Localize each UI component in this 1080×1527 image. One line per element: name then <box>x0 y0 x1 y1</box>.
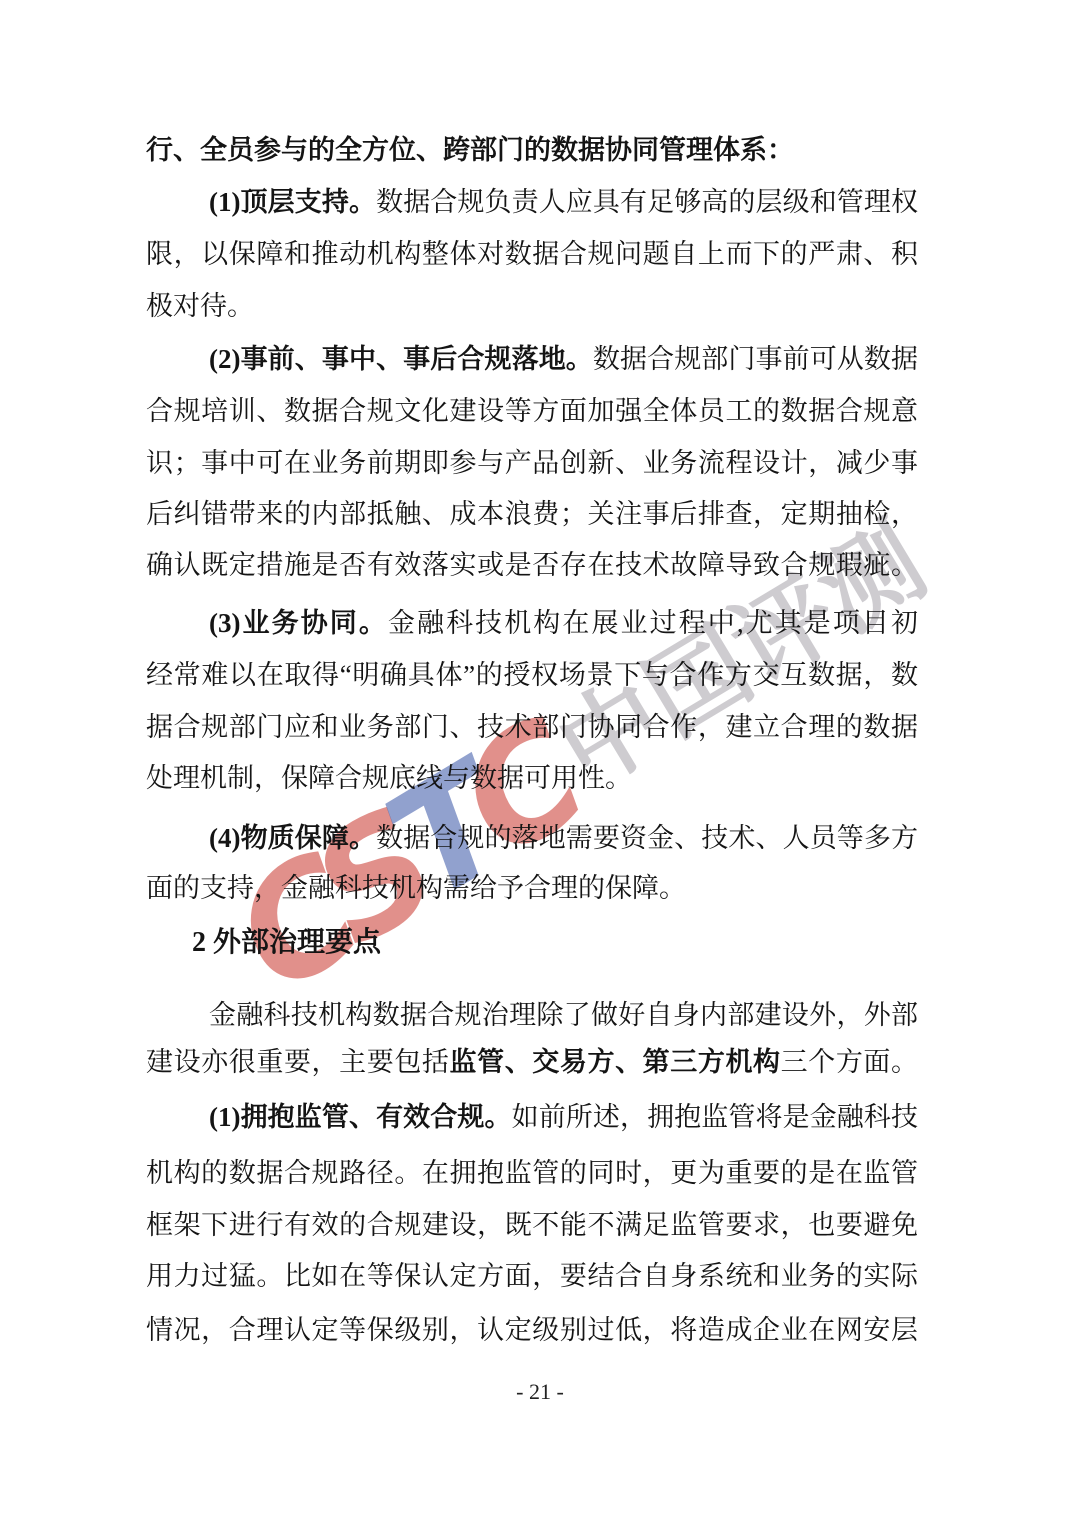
text-line: 用力过猛。比如在等保认定方面，要结合自身系统和业务的实际 <box>146 1250 918 1302</box>
text-segment-bold: (1)拥抱监管、有效合规。 <box>209 1102 512 1132</box>
text-line: 面的支持，金融科技机构需给予合理的保障。 <box>146 862 918 914</box>
text-line: 后纠错带来的内部抵触、成本浪费；关注事后排查，定期抽检， <box>146 488 918 540</box>
text-segment-bold: 监管、交易方、第三方机构 <box>450 1047 781 1077</box>
text-segment: 2 外部治理要点 <box>192 927 381 958</box>
text-line: (4)物质保障。数据合规的落地需要资金、技术、人员等多方 <box>146 812 918 864</box>
text-line: 框架下进行有效的合规建设，既不能不满足监管要求，也要避免 <box>146 1199 918 1251</box>
text-segment-bold: (3)业务协同。 <box>209 608 388 638</box>
text-line: (1)顶层支持。数据合规负责人应具有足够高的层级和管理权 <box>146 176 918 228</box>
text-segment: 合规培训、数据合规文化建设等方面加强全体员工的数据合规意 <box>146 396 918 426</box>
page-number: - 21 - <box>0 1372 1080 1412</box>
text-line: 机构的数据合规路径。在拥抱监管的同时，更为重要的是在监管 <box>146 1147 918 1199</box>
text-segment: 三个方面。 <box>781 1047 918 1077</box>
text-segment: 限，以保障和推动机构整体对数据合规问题自上而下的严肃、积 <box>146 239 918 269</box>
section-heading: 2 外部治理要点 <box>146 917 918 969</box>
text-segment: 金融科技机构数据合规治理除了做好自身内部建设外，外部 <box>209 1000 918 1030</box>
text-segment: 数据合规的落地需要资金、技术、人员等多方 <box>376 823 918 853</box>
text-segment: 如前所述，拥抱监管将是金融科技 <box>512 1102 918 1132</box>
text-line: (2)事前、事中、事后合规落地。数据合规部门事前可从数据 <box>146 333 918 385</box>
text-segment: 数据合规负责人应具有足够高的层级和管理权 <box>376 187 918 217</box>
text-segment: 面的支持，金融科技机构需给予合理的保障。 <box>146 873 686 903</box>
document-page: CSTC中国评测 行、全员参与的全方位、跨部门的数据协同管理体系： (1)顶层支… <box>0 0 1080 1527</box>
text-segment: 行、全员参与的全方位、跨部门的数据协同管理体系： <box>146 135 794 165</box>
text-segment: 据合规部门应和业务部门、技术部门协同合作，建立合理的数据 <box>146 712 918 742</box>
text-segment: 框架下进行有效的合规建设，既不能不满足监管要求，也要避免 <box>146 1210 918 1240</box>
text-segment-bold: (1)顶层支持。 <box>209 187 376 217</box>
text-segment: 数据合规部门事前可从数据 <box>593 344 918 374</box>
text-segment: 情况，合理认定等保级别，认定级别过低，将造成企业在网安层 <box>146 1315 918 1345</box>
text-line: (1)拥抱监管、有效合规。如前所述，拥抱监管将是金融科技 <box>146 1091 918 1143</box>
text-line: 情况，合理认定等保级别，认定级别过低，将造成企业在网安层 <box>146 1304 918 1356</box>
text-segment: 后纠错带来的内部抵触、成本浪费；关注事后排查，定期抽检， <box>146 499 918 529</box>
text-line: 据合规部门应和业务部门、技术部门协同合作，建立合理的数据 <box>146 701 918 753</box>
text-segment: 机构的数据合规路径。在拥抱监管的同时，更为重要的是在监管 <box>146 1158 918 1188</box>
document-body: 行、全员参与的全方位、跨部门的数据协同管理体系： (1)顶层支持。数据合规负责人… <box>0 0 1080 1527</box>
text-line: 经常难以在取得“明确具体”的授权场景下与合作方交互数据，数 <box>146 649 918 701</box>
text-segment: 识；事中可在业务前期即参与产品创新、业务流程设计，减少事 <box>146 448 918 478</box>
text-segment: 用力过猛。比如在等保认定方面，要结合自身系统和业务的实际 <box>146 1261 918 1291</box>
text-segment: 处理机制，保障合规底线与数据可用性。 <box>146 763 632 793</box>
text-line: 处理机制，保障合规底线与数据可用性。 <box>146 752 918 804</box>
text-line: 确认既定措施是否有效落实或是否存在技术故障导致合规瑕疵。 <box>146 539 918 591</box>
text-segment-bold: (2)事前、事中、事后合规落地。 <box>209 344 593 374</box>
text-segment: 极对待。 <box>146 291 254 321</box>
text-line: (3)业务协同。金融科技机构在展业过程中,尤其是项目初期， <box>146 597 918 649</box>
text-segment: 经常难以在取得“明确具体”的授权场景下与合作方交互数据，数 <box>146 660 918 690</box>
text-segment: 确认既定措施是否有效落实或是否存在技术故障导致合规瑕疵。 <box>146 550 918 580</box>
text-segment-bold: (4)物质保障。 <box>209 823 376 853</box>
text-line: 建设亦很重要，主要包括监管、交易方、第三方机构三个方面。 <box>146 1036 918 1088</box>
text-line: 行、全员参与的全方位、跨部门的数据协同管理体系： <box>146 124 918 176</box>
text-line: 限，以保障和推动机构整体对数据合规问题自上而下的严肃、积 <box>146 228 918 280</box>
text-line: 识；事中可在业务前期即参与产品创新、业务流程设计，减少事 <box>146 437 918 489</box>
text-segment: 建设亦很重要，主要包括 <box>146 1047 450 1077</box>
text-line: 合规培训、数据合规文化建设等方面加强全体员工的数据合规意 <box>146 385 918 437</box>
text-line: 金融科技机构数据合规治理除了做好自身内部建设外，外部 <box>146 989 918 1041</box>
text-line: 极对待。 <box>146 280 918 332</box>
